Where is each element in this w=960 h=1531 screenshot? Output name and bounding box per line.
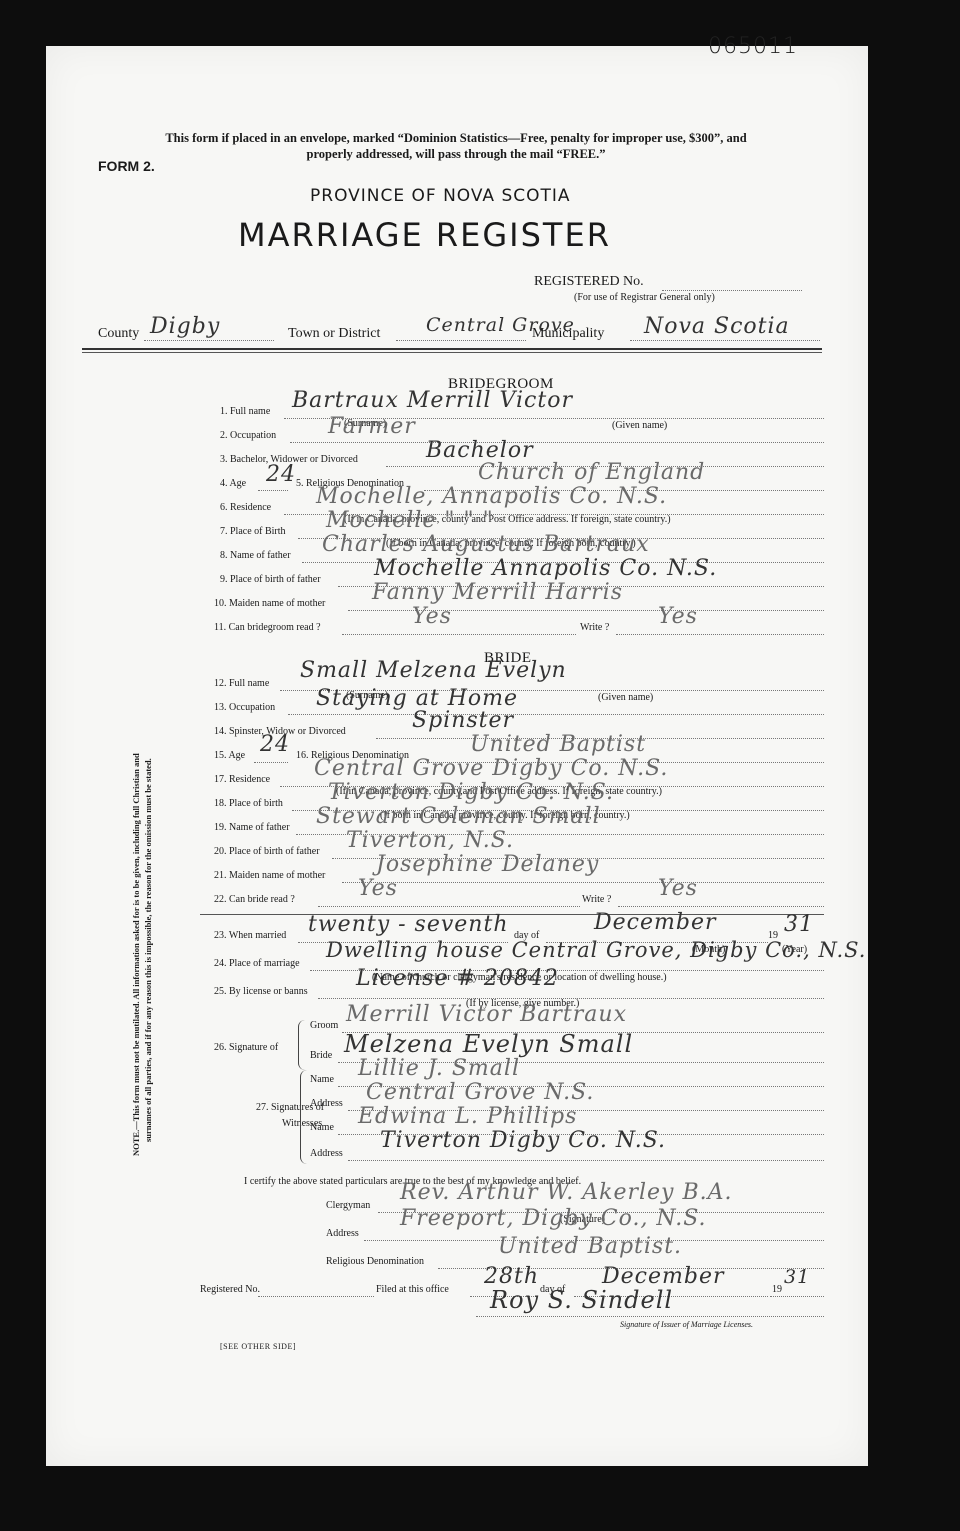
dots	[318, 906, 580, 907]
side-note-line2: surnames of all parties, and if for any …	[142, 753, 154, 1156]
groom-occupation[interactable]: Farmer	[328, 414, 416, 439]
groom-father-name[interactable]: Charles Augustus Bartraux	[322, 532, 650, 557]
dots	[342, 634, 576, 635]
dots	[258, 490, 288, 491]
bride-residence[interactable]: Central Grove Digby Co. N.S.	[314, 756, 668, 781]
clergy-denomination-label: Religious Denomination	[326, 1256, 424, 1267]
witness-2-address-label: Address	[310, 1148, 343, 1159]
marriage-day[interactable]: twenty - seventh	[308, 912, 509, 937]
side-note: NOTE.—This form must not be mutilated. A…	[130, 753, 154, 1156]
province-heading: PROVINCE OF NOVA SCOTIA	[310, 186, 571, 206]
bride-write-label: Write ?	[582, 894, 611, 905]
bride-field-12: 12. Full name	[214, 678, 269, 689]
groom-birthplace[interactable]: Mochelle " " "	[326, 508, 494, 533]
groom-field-10: 10. Maiden name of mother	[214, 598, 325, 609]
registered-no-field[interactable]	[662, 290, 802, 291]
groom-field-2: 2. Occupation	[220, 430, 276, 441]
dots	[342, 882, 824, 883]
given-name-caption: (Given name)	[598, 692, 653, 703]
bride-marital-status[interactable]: Spinster	[412, 708, 514, 733]
bride-age[interactable]: 24	[260, 732, 290, 757]
groom-can-write[interactable]: Yes	[658, 604, 698, 629]
county-dots	[144, 340, 274, 341]
clergy-address-label: Address	[326, 1228, 359, 1239]
bride-can-read[interactable]: Yes	[358, 876, 398, 901]
mail-notice-line2: properly addressed, will pass through th…	[86, 146, 826, 162]
municipality-value[interactable]: Nova Scotia	[644, 314, 790, 339]
groom-full-name[interactable]: Bartraux Merrill Victor	[292, 388, 573, 413]
bride-field-20: 20. Place of birth of father	[214, 846, 320, 857]
dots	[254, 762, 288, 763]
bride-father-name[interactable]: Stewart Coleman Small	[316, 804, 601, 829]
bride-mother-maiden-name[interactable]: Josephine Delaney	[376, 852, 599, 877]
bride-field-17: 17. Residence	[214, 774, 270, 785]
groom-can-read[interactable]: Yes	[412, 604, 452, 629]
clergy-denomination[interactable]: United Baptist.	[498, 1234, 682, 1259]
filed-year-prefix: 19	[772, 1284, 782, 1295]
registered-no-bottom-field[interactable]	[258, 1296, 374, 1297]
dots	[348, 1160, 824, 1161]
witness-2-name[interactable]: Edwina L. Phillips	[358, 1104, 577, 1129]
witness-2-name-label: Name	[310, 1122, 334, 1133]
bride-field-18: 18. Place of birth	[214, 798, 283, 809]
issuer-caption: Signature of Issuer of Marriage Licenses…	[620, 1320, 753, 1329]
bride-field-22: 22. Can bride read ?	[214, 894, 295, 905]
registered-no-label: REGISTERED No.	[534, 274, 644, 290]
registrar-note: (For use of Registrar General only)	[574, 292, 715, 303]
county-value[interactable]: Digby	[150, 314, 220, 339]
witness-1-address[interactable]: Central Grove N.S.	[366, 1080, 594, 1105]
divider	[200, 914, 824, 915]
marriage-month[interactable]: December	[594, 910, 716, 935]
groom-sig-label: Groom	[310, 1020, 338, 1031]
bride-field-13: 13. Occupation	[214, 702, 275, 713]
bride-can-write[interactable]: Yes	[658, 876, 698, 901]
witness-1-name-label: Name	[310, 1074, 334, 1085]
groom-write-label: Write ?	[580, 622, 609, 633]
bride-denomination[interactable]: United Baptist	[470, 732, 646, 757]
dots	[618, 906, 824, 907]
bride-field-21: 21. Maiden name of mother	[214, 870, 325, 881]
groom-father-birthplace[interactable]: Mochelle Annapolis Co. N.S.	[374, 556, 717, 581]
when-married-label: 23. When married	[214, 930, 286, 941]
place-of-marriage-label: 24. Place of marriage	[214, 958, 300, 969]
witness-1-name[interactable]: Lillie J. Small	[358, 1056, 520, 1081]
county-label: County	[98, 326, 139, 342]
groom-age[interactable]: 24	[266, 462, 296, 487]
town-label: Town or District	[288, 326, 380, 342]
form-number: FORM 2.	[98, 158, 155, 174]
register-form-page: 065011 This form if placed in an envelop…	[46, 46, 868, 1466]
bride-full-name[interactable]: Small Melzena Evelyn	[300, 658, 567, 683]
dots	[288, 714, 824, 715]
dots	[770, 1296, 824, 1297]
groom-field-4: 4. Age	[220, 478, 246, 489]
dots	[616, 634, 824, 635]
clergyman-signature[interactable]: Rev. Arthur W. Akerley B.A.	[400, 1180, 733, 1205]
license-label: 25. By license or banns	[214, 986, 308, 997]
municipality-dots	[630, 340, 820, 341]
divider	[82, 352, 822, 353]
bride-birthplace[interactable]: Tiverton Digby Co. N.S.	[328, 780, 614, 805]
bride-sig-label: Bride	[310, 1050, 332, 1061]
marriage-year[interactable]: 31	[784, 912, 814, 937]
divider	[82, 348, 822, 350]
groom-field-11: 11. Can bridegroom read ?	[214, 622, 321, 633]
witness-1-address-label: Address	[310, 1098, 343, 1109]
groom-field-7: 7. Place of Birth	[220, 526, 286, 537]
groom-mother-maiden-name[interactable]: Fanny Merrill Harris	[372, 580, 623, 605]
clergy-address[interactable]: Freeport, Digby Co., N.S.	[400, 1206, 707, 1231]
bride-field-15: 15. Age	[214, 750, 245, 761]
clergyman-label: Clergyman	[326, 1200, 370, 1211]
bride-signature[interactable]: Melzena Evelyn Small	[344, 1030, 633, 1058]
municipality-label: Municipality	[532, 326, 604, 342]
marriage-place[interactable]: Dwelling house Central Grove, Digby Co.,…	[326, 938, 866, 962]
dots	[476, 1316, 824, 1317]
bride-field-19: 19. Name of father	[214, 822, 290, 833]
registered-no-label-bottom: Registered No.	[200, 1284, 260, 1295]
mail-notice-line1: This form if placed in an envelope, mark…	[86, 130, 826, 146]
witness-2-address[interactable]: Tiverton Digby Co. N.S.	[380, 1128, 666, 1153]
groom-denomination[interactable]: Church of England	[478, 460, 705, 485]
side-note-line1: NOTE.—This form must not be mutilated. A…	[130, 753, 142, 1156]
groom-field-9: 9. Place of birth of father	[220, 574, 321, 585]
witnesses-brace	[300, 1070, 307, 1164]
bride-father-birthplace[interactable]: Tiverton, N.S.	[346, 828, 514, 853]
town-dots	[396, 340, 526, 341]
mail-notice: This form if placed in an envelope, mark…	[86, 130, 826, 162]
given-name-caption: (Given name)	[612, 420, 667, 431]
groom-field-8: 8. Name of father	[220, 550, 291, 561]
license-number[interactable]: License # 20842	[356, 966, 559, 991]
signature-of-label: 26. Signature of	[214, 1042, 278, 1053]
groom-signature[interactable]: Merrill Victor Bartraux	[346, 1002, 627, 1027]
issuer-signature[interactable]: Roy S. Sindell	[490, 1286, 673, 1314]
stamp-number: 065011	[708, 34, 798, 59]
groom-field-6: 6. Residence	[220, 502, 271, 513]
dots	[290, 442, 824, 443]
groom-residence[interactable]: Mochelle, Annapolis Co. N.S.	[316, 484, 667, 509]
filed-label: Filed at this office	[376, 1284, 449, 1295]
signatures-brace	[298, 1020, 305, 1070]
page-title: MARRIAGE REGISTER	[238, 216, 611, 254]
see-other-side: [SEE OTHER SIDE]	[220, 1342, 296, 1351]
filed-year[interactable]: 31	[784, 1266, 810, 1288]
groom-field-1: 1. Full name	[220, 406, 270, 417]
